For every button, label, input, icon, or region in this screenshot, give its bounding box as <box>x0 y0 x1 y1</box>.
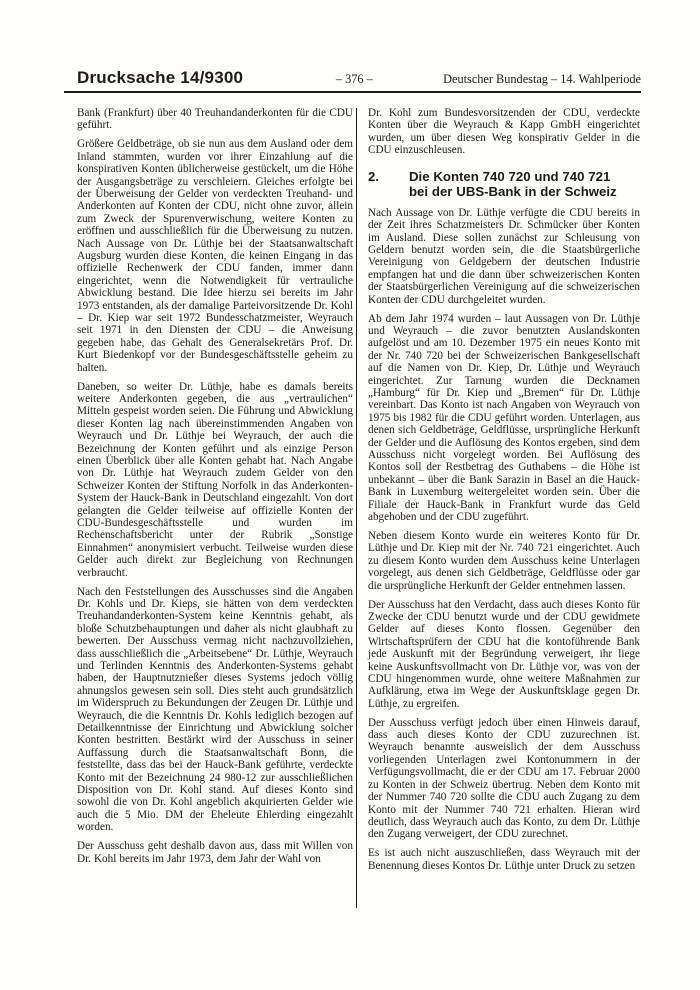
document-page: Drucksache 14/9300 – 376 – Deutscher Bun… <box>0 0 700 990</box>
header-edition-label: Deutscher Bundestag – 14. Wahlperiode <box>443 72 641 87</box>
paragraph: Der Ausschuss hat den Verdacht, dass auc… <box>368 599 640 711</box>
paragraph: Bank (Frankfurt) über 40 Treuhandanderko… <box>77 107 353 132</box>
paragraph: Es ist auch nicht auszuschließen, dass W… <box>368 847 640 872</box>
header-rule <box>64 91 641 93</box>
left-column: Bank (Frankfurt) über 40 Treuhandanderko… <box>77 107 353 865</box>
right-column: Dr. Kohl zum Bundesvorsitzenden der CDU,… <box>368 107 640 872</box>
section-title: Die Konten 740 720 und 740 721 bei der U… <box>409 169 640 200</box>
paragraph: Nach Aussage von Dr. Lüthje verfügte die… <box>368 207 640 306</box>
section-heading: 2. Die Konten 740 720 und 740 721 bei de… <box>368 169 640 200</box>
section-title-line1: Die Konten 740 720 und 740 721 <box>409 169 610 184</box>
section-number: 2. <box>368 169 409 200</box>
paragraph: Der Ausschuss geht deshalb davon aus, da… <box>77 840 353 865</box>
paragraph: Der Ausschuss verfügt jedoch über einen … <box>368 717 640 841</box>
section-title-line2: bei der UBS-Bank in der Schweiz <box>409 184 617 199</box>
paragraph: Nach den Feststellungen des Ausschusses … <box>77 586 353 834</box>
page-number: – 376 – <box>336 72 373 87</box>
paragraph: Neben diesem Konto wurde ein weiteres Ko… <box>368 530 640 592</box>
paragraph: Ab dem Jahr 1974 wurden – laut Aussagen … <box>368 313 640 524</box>
paragraph: Dr. Kohl zum Bundesvorsitzenden der CDU,… <box>368 107 640 157</box>
column-divider <box>356 108 357 908</box>
doc-number: Drucksache 14/9300 <box>77 68 243 88</box>
paragraph: Daneben, so weiter Dr. Lüthje, habe es d… <box>77 381 353 580</box>
page-header: Drucksache 14/9300 – 376 – Deutscher Bun… <box>64 66 641 88</box>
paragraph: Größere Geldbeträge, ob sie nun aus dem … <box>77 138 353 374</box>
